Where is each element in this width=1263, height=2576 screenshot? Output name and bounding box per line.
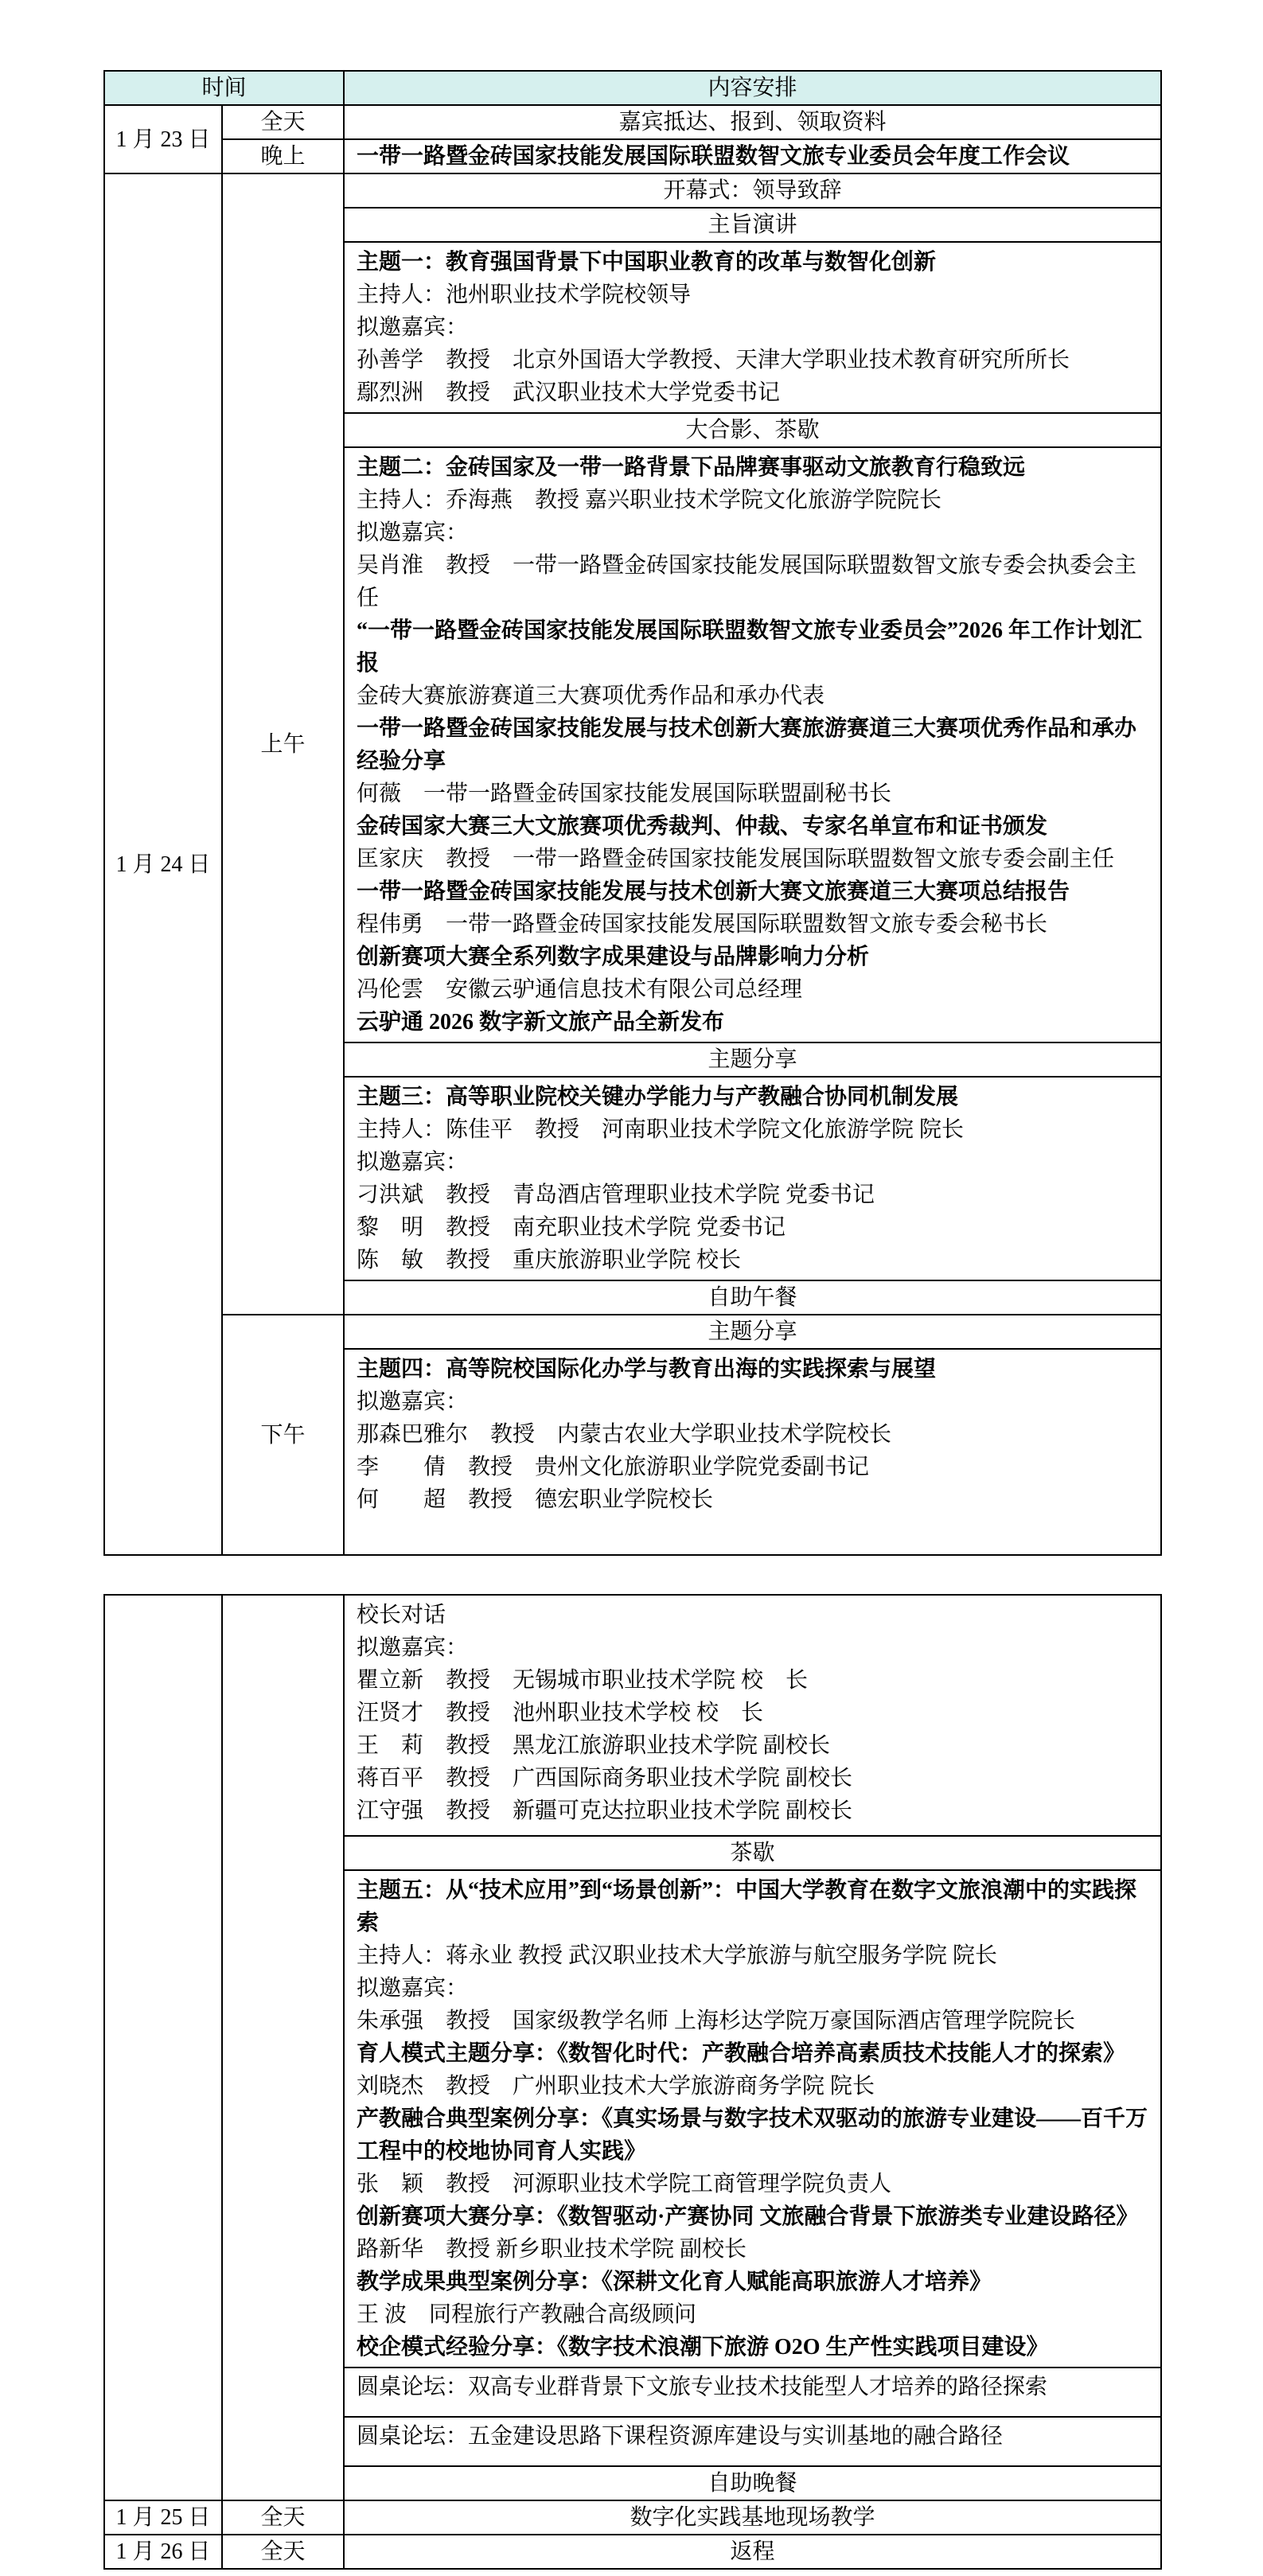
event-cell-roundtable-2: 圆桌论坛：五金建设思路下课程资源库建设与实训基地的融合路径 <box>344 2417 1161 2466</box>
event-line: 主题四：高等院校国际化办学与教育出海的实践探索与展望 <box>357 1353 1149 1385</box>
event-line: 汪贤才 教授 池州职业技术学校 校 长 <box>357 1697 1149 1729</box>
event-cell-theme2: 主题二：金砖国家及一带一路背景下品牌赛事驱动文旅教育行稳致远 主持人：乔海燕 教… <box>344 447 1161 1042</box>
event-line: 路新华 教授 新乡职业技术学院 副校长 <box>357 2233 1149 2266</box>
event-cell: 大合影、茶歇 <box>344 413 1161 447</box>
event-line: 圆桌论坛：五金建设思路下课程资源库建设与实训基地的融合路径 <box>357 2420 1149 2453</box>
event-cell: 主旨演讲 <box>344 208 1161 242</box>
event-line: 黎 明 教授 南充职业技术学院 党委书记 <box>357 1211 1149 1244</box>
event-line: 拟邀嘉宾： <box>357 516 1149 549</box>
event-line: 云驴通 2026 数字新文旅产品全新发布 <box>357 1006 1149 1039</box>
event-line: 拟邀嘉宾： <box>357 311 1149 344</box>
time-slot-cell: 晚上 <box>222 139 344 173</box>
event-line: 何 超 教授 德宏职业学院校长 <box>357 1483 1149 1516</box>
date-cell-empty <box>104 1595 222 2500</box>
time-slot-cell-am: 上午 <box>222 173 344 1315</box>
event-cell: 一带一路暨金砖国家技能发展国际联盟数智文旅专业委员会年度工作会议 <box>344 139 1161 173</box>
event-cell: 自助晚餐 <box>344 2466 1161 2500</box>
event-line: 拟邀嘉宾： <box>357 1146 1149 1179</box>
event-line: 圆桌论坛：双高专业群背景下文旅专业技术技能型人才培养的路径探索 <box>357 2371 1149 2403</box>
event-line: 一带一路暨金砖国家技能发展与技术创新大赛旅游赛道三大赛项优秀作品和承办经验分享 <box>357 712 1149 777</box>
time-slot-cell: 全天 <box>222 2535 344 2569</box>
event-line: 拟邀嘉宾： <box>357 1631 1149 1664</box>
table-row: 1 月 23 日 全天 嘉宾抵达、报到、领取资料 <box>104 105 1161 139</box>
event-cell: 自助午餐 <box>344 1280 1161 1315</box>
event-cell: 茶歇 <box>344 1836 1161 1870</box>
event-line: 张 颖 教授 河源职业技术学院工商管理学院负责人 <box>357 2168 1149 2200</box>
time-slot-cell-pm: 下午 <box>222 1315 344 1555</box>
event-cell: 主题分享 <box>344 1042 1161 1077</box>
event-cell: 主题分享 <box>344 1315 1161 1349</box>
table-row: 1 月 25 日 全天 数字化实践基地现场教学 <box>104 2500 1161 2535</box>
event-line: 吴肖淮 教授 一带一路暨金砖国家技能发展国际联盟数智文旅专委会执委会主任 <box>357 549 1149 614</box>
event-line: 程伟勇 一带一路暨金砖国家技能发展国际联盟数智文旅专委会秘书长 <box>357 908 1149 941</box>
event-line: 拟邀嘉宾： <box>357 1972 1149 2005</box>
event-line: 蒋百平 教授 广西国际商务职业技术学院 副校长 <box>357 1762 1149 1795</box>
header-cell-time: 时间 <box>104 71 344 105</box>
event-line: 匡家庆 教授 一带一路暨金砖国家技能发展国际联盟数智文旅专委会副主任 <box>357 843 1149 875</box>
event-line: 何薇 一带一路暨金砖国家技能发展国际联盟副秘书长 <box>357 777 1149 810</box>
event-line: 主题一：教育强国背景下中国职业教育的改革与数智化创新 <box>357 246 1149 279</box>
event-cell: 开幕式：领导致辞 <box>344 173 1161 208</box>
event-cell-theme3: 主题三：高等职业院校关键办学能力与产教融合协同机制发展 主持人：陈佳平 教授 河… <box>344 1077 1161 1280</box>
event-line: 主题三：高等职业院校关键办学能力与产教融合协同机制发展 <box>357 1081 1149 1113</box>
table-row: 校长对话 拟邀嘉宾： 瞿立新 教授 无锡城市职业技术学院 校 长 汪贤才 教授 … <box>104 1595 1161 1836</box>
event-line: “一带一路暨金砖国家技能发展国际联盟数智文旅专业委员会”2026 年工作计划汇报 <box>357 614 1149 680</box>
table-row: 下午 主题分享 <box>104 1315 1161 1349</box>
event-line: 刁洪斌 教授 青岛酒店管理职业技术学院 党委书记 <box>357 1179 1149 1211</box>
event-cell-theme1: 主题一：教育强国背景下中国职业教育的改革与数智化创新 主持人：池州职业技术学院校… <box>344 242 1161 413</box>
event-line: 育人模式主题分享：《数智化时代：产教融合培养高素质技术技能人才的探索》 <box>357 2037 1149 2070</box>
event-line: 主持人：陈佳平 教授 河南职业技术学院文化旅游学院 院长 <box>357 1113 1149 1146</box>
event-line: 主持人：乔海燕 教授 嘉兴职业技术学院文化旅游学院院长 <box>357 484 1149 516</box>
event-line: 冯伦雲 安徽云驴通信息技术有限公司总经理 <box>357 973 1149 1006</box>
event-line: 拟邀嘉宾： <box>357 1385 1149 1418</box>
event-line: 那森巴雅尔 教授 内蒙古农业大学职业技术学院校长 <box>357 1418 1149 1451</box>
schedule-table-2: 校长对话 拟邀嘉宾： 瞿立新 教授 无锡城市职业技术学院 校 长 汪贤才 教授 … <box>103 1594 1162 2570</box>
event-line: 朱承强 教授 国家级教学名师 上海杉达学院万豪国际酒店管理学院院长 <box>357 2005 1149 2037</box>
event-line: 主持人：池州职业技术学院校领导 <box>357 279 1149 311</box>
table-row: 1 月 24 日 上午 开幕式：领导致辞 <box>104 173 1161 208</box>
event-line: 刘晓杰 教授 广州职业技术大学旅游商务学院 院长 <box>357 2070 1149 2102</box>
event-line: 江守强 教授 新疆可克达拉职业技术学院 副校长 <box>357 1795 1149 1827</box>
header-cell-content: 内容安排 <box>344 71 1161 105</box>
event-line: 主题五：从“技术应用”到“场景创新”：中国大学教育在数字文旅浪潮中的实践探索 <box>357 1874 1149 1939</box>
event-line: 金砖国家大赛三大文旅赛项优秀裁判、仲裁、专家名单宣布和证书颁发 <box>357 810 1149 843</box>
header-row: 时间 内容安排 <box>104 71 1161 105</box>
schedule-table-1: 时间 内容安排 1 月 23 日 全天 嘉宾抵达、报到、领取资料 晚上 一带一路… <box>103 70 1162 1556</box>
event-line: 陈 敏 教授 重庆旅游职业学院 校长 <box>357 1244 1149 1276</box>
event-line: 产教融合典型案例分享：《真实场景与数字技术双驱动的旅游专业建设——百千万工程中的… <box>357 2102 1149 2168</box>
date-cell-jan25: 1 月 25 日 <box>104 2500 222 2535</box>
event-line: 李 倩 教授 贵州文化旅游职业学院党委副书记 <box>357 1451 1149 1483</box>
event-line: 校企模式经验分享：《数字技术浪潮下旅游 O2O 生产性实践项目建设》 <box>357 2331 1149 2364</box>
table-row: 晚上 一带一路暨金砖国家技能发展国际联盟数智文旅专业委员会年度工作会议 <box>104 139 1161 173</box>
event-line: 创新赛项大赛分享：《数智驱动·产赛协同 文旅融合背景下旅游类专业建设路径》 <box>357 2200 1149 2233</box>
event-cell: 返程 <box>344 2535 1161 2569</box>
table-row: 1 月 26 日 全天 返程 <box>104 2535 1161 2569</box>
date-cell-jan24: 1 月 24 日 <box>104 173 222 1555</box>
event-line: 校长对话 <box>357 1599 1149 1631</box>
event-cell-roundtable-1: 圆桌论坛：双高专业群背景下文旅专业技术技能型人才培养的路径探索 <box>344 2368 1161 2417</box>
event-line: 金砖大赛旅游赛道三大赛项优秀作品和承办代表 <box>357 680 1149 712</box>
date-cell-jan23: 1 月 23 日 <box>104 105 222 173</box>
event-line: 主题二：金砖国家及一带一路背景下品牌赛事驱动文旅教育行稳致远 <box>357 451 1149 484</box>
event-line: 主持人：蒋永业 教授 武汉职业技术大学旅游与航空服务学院 院长 <box>357 1939 1149 1972</box>
event-cell: 数字化实践基地现场教学 <box>344 2500 1161 2535</box>
date-cell-jan26: 1 月 26 日 <box>104 2535 222 2569</box>
event-cell-theme5: 主题五：从“技术应用”到“场景创新”：中国大学教育在数字文旅浪潮中的实践探索 主… <box>344 1870 1161 2368</box>
event-line: 瞿立新 教授 无锡城市职业技术学院 校 长 <box>357 1664 1149 1697</box>
time-slot-cell-empty <box>222 1595 344 2500</box>
event-line: 王 波 同程旅行产教融合高级顾问 <box>357 2298 1149 2331</box>
event-line: 教学成果典型案例分享：《深耕文化育人赋能高职旅游人才培养》 <box>357 2266 1149 2298</box>
time-slot-cell: 全天 <box>222 2500 344 2535</box>
event-cell-principal-dialog: 校长对话 拟邀嘉宾： 瞿立新 教授 无锡城市职业技术学院 校 长 汪贤才 教授 … <box>344 1595 1161 1836</box>
event-line: 孙善学 教授 北京外国语大学教授、天津大学职业技术教育研究所所长 <box>357 344 1149 376</box>
event-line: 王 莉 教授 黑龙江旅游职业技术学院 副校长 <box>357 1729 1149 1762</box>
event-line: 鄢烈洲 教授 武汉职业技术大学党委书记 <box>357 376 1149 409</box>
event-cell: 嘉宾抵达、报到、领取资料 <box>344 105 1161 139</box>
event-line: 创新赛项大赛全系列数字成果建设与品牌影响力分析 <box>357 941 1149 973</box>
event-cell-theme4: 主题四：高等院校国际化办学与教育出海的实践探索与展望 拟邀嘉宾： 那森巴雅尔 教… <box>344 1349 1161 1555</box>
event-line: 一带一路暨金砖国家技能发展与技术创新大赛文旅赛道三大赛项总结报告 <box>357 875 1149 908</box>
time-slot-cell: 全天 <box>222 105 344 139</box>
